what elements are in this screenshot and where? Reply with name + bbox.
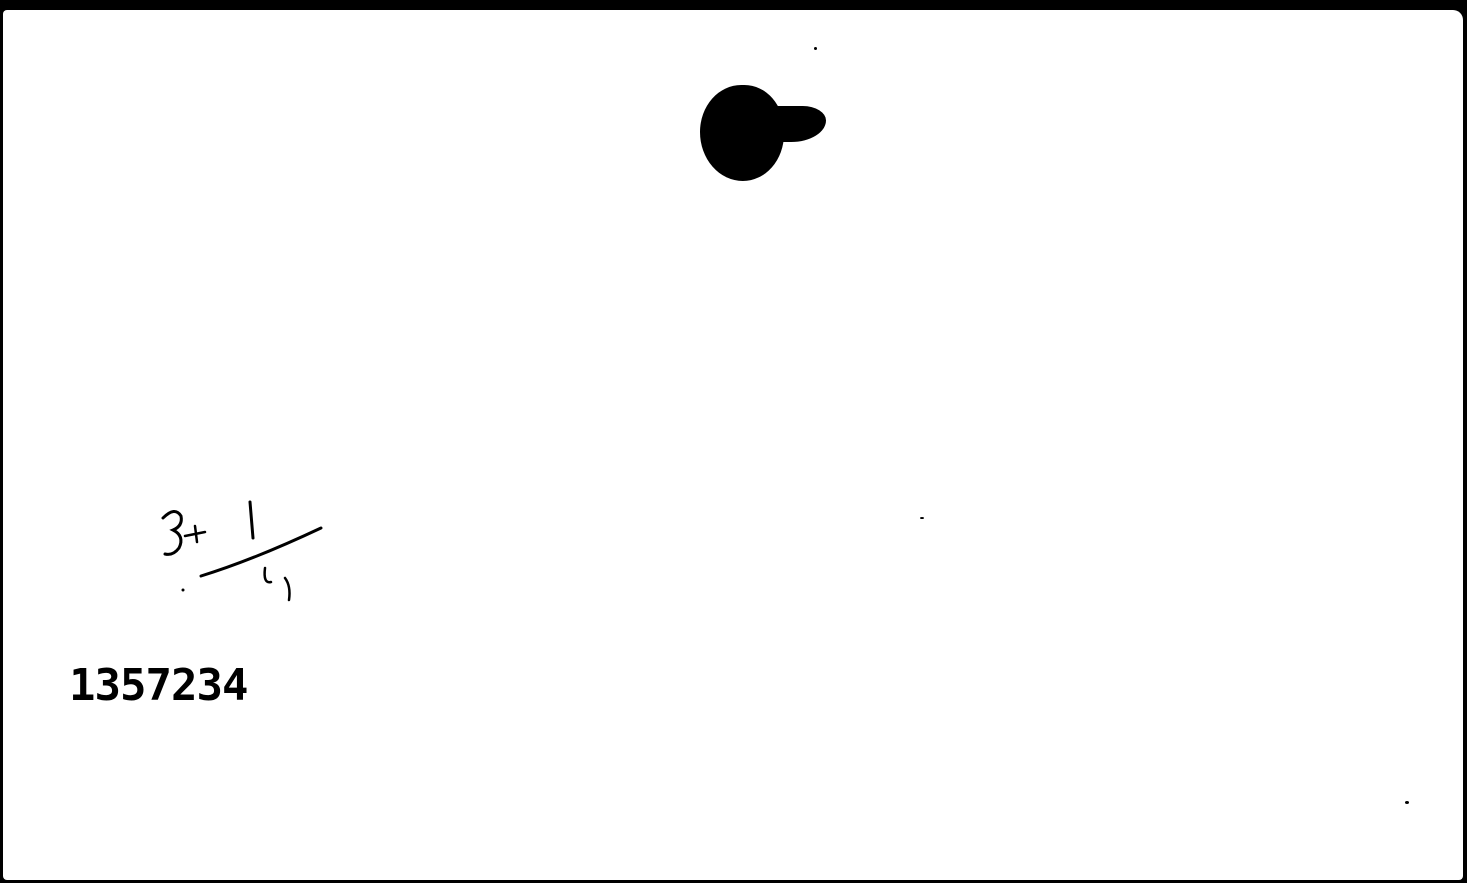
speck — [814, 47, 817, 50]
scanned-card: 3+1 / 4 1357234 — [3, 10, 1463, 880]
punch-hole-tear — [768, 106, 826, 142]
handwritten-note: 3+1 / 4 — [153, 500, 333, 620]
card-id-number: 1357234 — [69, 660, 247, 711]
speck — [1405, 801, 1409, 804]
speck — [920, 517, 924, 519]
